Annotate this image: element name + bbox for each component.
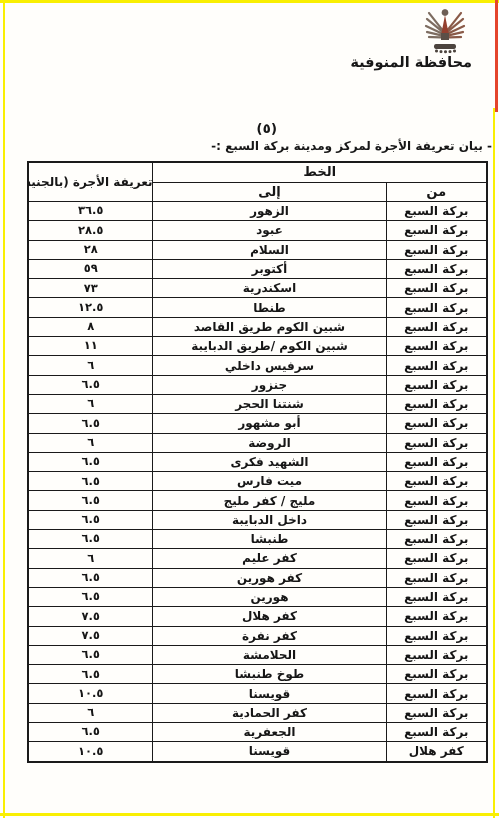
cell-to: السلام bbox=[153, 240, 386, 259]
cell-to: طنبشا bbox=[153, 530, 386, 549]
cell-from: بركة السبع bbox=[386, 221, 487, 240]
cell-to: الجعفرية bbox=[153, 723, 386, 742]
scan-edge-top bbox=[0, 0, 499, 3]
cell-fare: ٦.٥ bbox=[28, 723, 153, 742]
cell-to: مليج / كفر مليج bbox=[153, 491, 386, 510]
cell-from: بركة السبع bbox=[386, 587, 487, 606]
cell-to: داخل الدبايبة bbox=[153, 510, 386, 529]
cell-fare: ٦.٥ bbox=[28, 491, 153, 510]
cell-fare: ٧.٥ bbox=[28, 626, 153, 645]
cell-from: كفر هلال bbox=[386, 742, 487, 762]
table-row: بركة السبع أبو مشهور ٦.٥ bbox=[28, 414, 487, 433]
cell-fare: ٦.٥ bbox=[28, 587, 153, 606]
table-row: بركة السبع طوخ طنبشا ٦.٥ bbox=[28, 665, 487, 684]
cell-from: بركة السبع bbox=[386, 568, 487, 587]
cell-from: بركة السبع bbox=[386, 645, 487, 664]
table-row: بركة السبع شبين الكوم طريق القاصد ٨ bbox=[28, 317, 487, 336]
cell-from: بركة السبع bbox=[386, 472, 487, 491]
cell-fare: ٦.٥ bbox=[28, 414, 153, 433]
cell-from: بركة السبع bbox=[386, 703, 487, 722]
cell-to: الزهور bbox=[153, 202, 386, 221]
cell-from: بركة السبع bbox=[386, 375, 487, 394]
table-row: بركة السبع داخل الدبايبة ٦.٥ bbox=[28, 510, 487, 529]
table-row: بركة السبع سرفيس داخلي ٦ bbox=[28, 356, 487, 375]
table-row: بركة السبع كفر الحمادية ٦ bbox=[28, 703, 487, 722]
cell-fare: ١٠.٥ bbox=[28, 742, 153, 762]
cell-to: أبو مشهور bbox=[153, 414, 386, 433]
cell-to: هورين bbox=[153, 587, 386, 606]
table-row: بركة السبع طنطا ١٢.٥ bbox=[28, 298, 487, 317]
cell-fare: ٢٨.٥ bbox=[28, 221, 153, 240]
scan-edge-left bbox=[3, 0, 5, 818]
cell-from: بركة السبع bbox=[386, 626, 487, 645]
cell-fare: ٦ bbox=[28, 549, 153, 568]
page-number: (٥) bbox=[256, 121, 277, 137]
cell-from: بركة السبع bbox=[386, 433, 487, 452]
fare-table: الخط تعريفة الأجرة (بالجنيه) من إلى بركة… bbox=[27, 161, 488, 763]
cell-fare: ١٢.٥ bbox=[28, 298, 153, 317]
cell-to: قويسنا bbox=[153, 684, 386, 703]
table-row: كفر هلال قويسنا ١٠.٥ bbox=[28, 742, 487, 762]
cell-fare: ١٠.٥ bbox=[28, 684, 153, 703]
cell-from: بركة السبع bbox=[386, 317, 487, 336]
cell-to: أكتوبر bbox=[153, 259, 386, 278]
table-row: بركة السبع الشهيد فكرى ٦.٥ bbox=[28, 452, 487, 471]
table-row: بركة السبع قويسنا ١٠.٥ bbox=[28, 684, 487, 703]
cell-from: بركة السبع bbox=[386, 665, 487, 684]
cell-fare: ٦.٥ bbox=[28, 472, 153, 491]
cell-to: عبود bbox=[153, 221, 386, 240]
cell-to: الشهيد فكرى bbox=[153, 452, 386, 471]
cell-fare: ٧٣ bbox=[28, 279, 153, 298]
cell-to: كفر نفرة bbox=[153, 626, 386, 645]
cell-to: سرفيس داخلي bbox=[153, 356, 386, 375]
cell-from: بركة السبع bbox=[386, 279, 487, 298]
cell-from: بركة السبع bbox=[386, 259, 487, 278]
cell-fare: ٥٩ bbox=[28, 259, 153, 278]
table-row: بركة السبع عبود ٢٨.٥ bbox=[28, 221, 487, 240]
cell-from: بركة السبع bbox=[386, 723, 487, 742]
header-to: إلى bbox=[153, 183, 386, 202]
cell-from: بركة السبع bbox=[386, 452, 487, 471]
table-row: بركة السبع مليج / كفر مليج ٦.٥ bbox=[28, 491, 487, 510]
scan-edge-right bbox=[493, 108, 495, 818]
fare-table-header: الخط تعريفة الأجرة (بالجنيه) من إلى bbox=[28, 162, 487, 202]
cell-from: بركة السبع bbox=[386, 202, 487, 221]
table-row: بركة السبع السلام ٢٨ bbox=[28, 240, 487, 259]
table-row: بركة السبع شنتنا الحجر ٦ bbox=[28, 394, 487, 413]
cell-from: بركة السبع bbox=[386, 530, 487, 549]
fare-table-rows: بركة السبع الزهور ٣٦.٥ بركة السبع عبود ٢… bbox=[28, 202, 487, 762]
cell-to: جنزور bbox=[153, 375, 386, 394]
governorate-name: محافظة المنوفية bbox=[350, 55, 472, 71]
cell-fare: ٦.٥ bbox=[28, 510, 153, 529]
header-line: الخط bbox=[153, 162, 487, 183]
cell-fare: ٦.٥ bbox=[28, 645, 153, 664]
cell-to: كفر عليم bbox=[153, 549, 386, 568]
cell-to: كفر هلال bbox=[153, 607, 386, 626]
table-row: بركة السبع الجعفرية ٦.٥ bbox=[28, 723, 487, 742]
cell-from: بركة السبع bbox=[386, 356, 487, 375]
table-row: بركة السبع جنزور ٦.٥ bbox=[28, 375, 487, 394]
table-row: بركة السبع اسكندرية ٧٣ bbox=[28, 279, 487, 298]
cell-from: بركة السبع bbox=[386, 240, 487, 259]
cell-to: شبين الكوم /طريق الدبايبة bbox=[153, 337, 386, 356]
cell-fare: ١١ bbox=[28, 337, 153, 356]
table-row: بركة السبع كفر هلال ٧.٥ bbox=[28, 607, 487, 626]
table-row: بركة السبع هورين ٦.٥ bbox=[28, 587, 487, 606]
cell-to: شبين الكوم طريق القاصد bbox=[153, 317, 386, 336]
cell-to: الروضة bbox=[153, 433, 386, 452]
cell-from: بركة السبع bbox=[386, 394, 487, 413]
eagle-emblem-icon bbox=[423, 6, 467, 56]
table-row: بركة السبع طنبشا ٦.٥ bbox=[28, 530, 487, 549]
cell-from: بركة السبع bbox=[386, 414, 487, 433]
cell-fare: ٦.٥ bbox=[28, 568, 153, 587]
table-row: بركة السبع كفر نفرة ٧.٥ bbox=[28, 626, 487, 645]
cell-from: بركة السبع bbox=[386, 510, 487, 529]
table-row: بركة السبع شبين الكوم /طريق الدبايبة ١١ bbox=[28, 337, 487, 356]
cell-to: كفر الحمادية bbox=[153, 703, 386, 722]
cell-to: شنتنا الحجر bbox=[153, 394, 386, 413]
table-row: بركة السبع الزهور ٣٦.٥ bbox=[28, 202, 487, 221]
scan-edge-bottom bbox=[0, 813, 499, 816]
cell-fare: ٣٦.٥ bbox=[28, 202, 153, 221]
cell-to: اسكندرية bbox=[153, 279, 386, 298]
cell-from: بركة السبع bbox=[386, 337, 487, 356]
cell-from: بركة السبع bbox=[386, 607, 487, 626]
cell-fare: ٦.٥ bbox=[28, 375, 153, 394]
cell-fare: ٦.٥ bbox=[28, 665, 153, 684]
table-row: بركة السبع الحلامشة ٦.٥ bbox=[28, 645, 487, 664]
table-row: بركة السبع ميت فارس ٦.٥ bbox=[28, 472, 487, 491]
document-title: - بيان تعريفة الأجرة لمركز ومدينة بركة ا… bbox=[211, 139, 492, 153]
cell-to: قويسنا bbox=[153, 742, 386, 762]
cell-from: بركة السبع bbox=[386, 684, 487, 703]
cell-to: ميت فارس bbox=[153, 472, 386, 491]
cell-from: بركة السبع bbox=[386, 298, 487, 317]
cell-fare: ٦ bbox=[28, 433, 153, 452]
cell-to: طنطا bbox=[153, 298, 386, 317]
cell-fare: ٨ bbox=[28, 317, 153, 336]
header-fare: تعريفة الأجرة (بالجنيه) bbox=[28, 162, 153, 202]
header-from: من bbox=[386, 183, 487, 202]
table-row: بركة السبع أكتوبر ٥٩ bbox=[28, 259, 487, 278]
cell-from: بركة السبع bbox=[386, 491, 487, 510]
scan-edge-right-red bbox=[495, 0, 498, 112]
cell-fare: ٦.٥ bbox=[28, 452, 153, 471]
cell-from: بركة السبع bbox=[386, 549, 487, 568]
scanned-document-page: محافظة المنوفية (٥) - بيان تعريفة الأجرة… bbox=[0, 0, 499, 818]
table-row: بركة السبع كفر عليم ٦ bbox=[28, 549, 487, 568]
table-row: بركة السبع الروضة ٦ bbox=[28, 433, 487, 452]
cell-to: طوخ طنبشا bbox=[153, 665, 386, 684]
cell-fare: ٦.٥ bbox=[28, 530, 153, 549]
cell-fare: ٢٨ bbox=[28, 240, 153, 259]
cell-fare: ٧.٥ bbox=[28, 607, 153, 626]
cell-fare: ٦ bbox=[28, 394, 153, 413]
table-row: بركة السبع كفر هورين ٦.٥ bbox=[28, 568, 487, 587]
cell-fare: ٦ bbox=[28, 703, 153, 722]
cell-fare: ٦ bbox=[28, 356, 153, 375]
cell-to: الحلامشة bbox=[153, 645, 386, 664]
cell-to: كفر هورين bbox=[153, 568, 386, 587]
